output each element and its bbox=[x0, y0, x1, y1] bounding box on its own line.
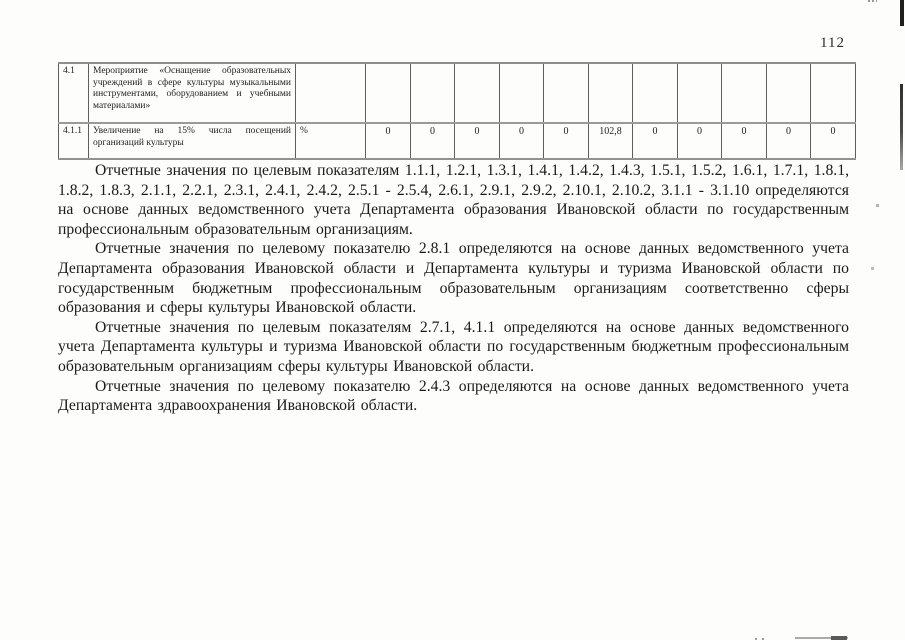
table-row-4-1: 4.1 Мероприятие «Оснащение образовательн… bbox=[59, 63, 856, 123]
value-cell: 0 bbox=[455, 123, 500, 159]
description-cell: Увеличение на 15% числа посещений органи… bbox=[89, 123, 296, 159]
value-cell: 0 bbox=[811, 123, 856, 159]
scan-bottom-block-icon bbox=[831, 636, 847, 640]
paragraph: Отчетные значения по целевым показателям… bbox=[58, 161, 849, 239]
value-cell: 0 bbox=[722, 123, 767, 159]
paragraph: Отчетные значения по целевому показателю… bbox=[58, 239, 849, 317]
scan-edge-line-icon bbox=[900, 84, 903, 170]
value-cell: 0 bbox=[411, 123, 455, 159]
row-id-cell: 4.1 bbox=[59, 63, 89, 123]
value-cell bbox=[455, 63, 500, 123]
table-row-4-1-1: 4.1.1 Увеличение на 15% числа посещений … bbox=[59, 123, 856, 159]
value-cell bbox=[411, 63, 455, 123]
scan-edge-bar-icon bbox=[900, 0, 904, 26]
scan-speck-icon bbox=[876, 204, 879, 207]
value-cell: 0 bbox=[500, 123, 544, 159]
paragraph: Отчетные значения по целевому показателю… bbox=[58, 377, 849, 416]
value-cell bbox=[544, 63, 589, 123]
value-cell bbox=[811, 63, 856, 123]
value-cell bbox=[589, 63, 633, 123]
scan-speck-icon bbox=[871, 267, 874, 270]
unit-cell bbox=[296, 63, 366, 123]
value-cell: 0 bbox=[678, 123, 722, 159]
page-number: 112 bbox=[820, 35, 860, 52]
value-cell: 0 bbox=[544, 123, 589, 159]
paragraph: Отчетные значения по целевым показателям… bbox=[58, 318, 849, 377]
value-cell bbox=[767, 63, 811, 123]
value-cell: 0 bbox=[366, 123, 411, 159]
value-cell: 0 bbox=[767, 123, 811, 159]
value-cell bbox=[500, 63, 544, 123]
value-cell bbox=[366, 63, 411, 123]
row-id-cell: 4.1.1 bbox=[59, 123, 89, 159]
indicators-table: 4.1 Мероприятие «Оснащение образовательн… bbox=[58, 62, 856, 160]
value-cell: 0 bbox=[633, 123, 678, 159]
description-cell: Мероприятие «Оснащение образовательных у… bbox=[89, 63, 296, 123]
value-cell bbox=[722, 63, 767, 123]
value-cell bbox=[678, 63, 722, 123]
value-cell bbox=[633, 63, 678, 123]
value-cell: 102,8 bbox=[589, 123, 633, 159]
scan-speck-icon bbox=[868, 0, 877, 2]
unit-cell: % bbox=[296, 123, 366, 159]
body-text: Отчетные значения по целевым показателям… bbox=[58, 161, 849, 416]
